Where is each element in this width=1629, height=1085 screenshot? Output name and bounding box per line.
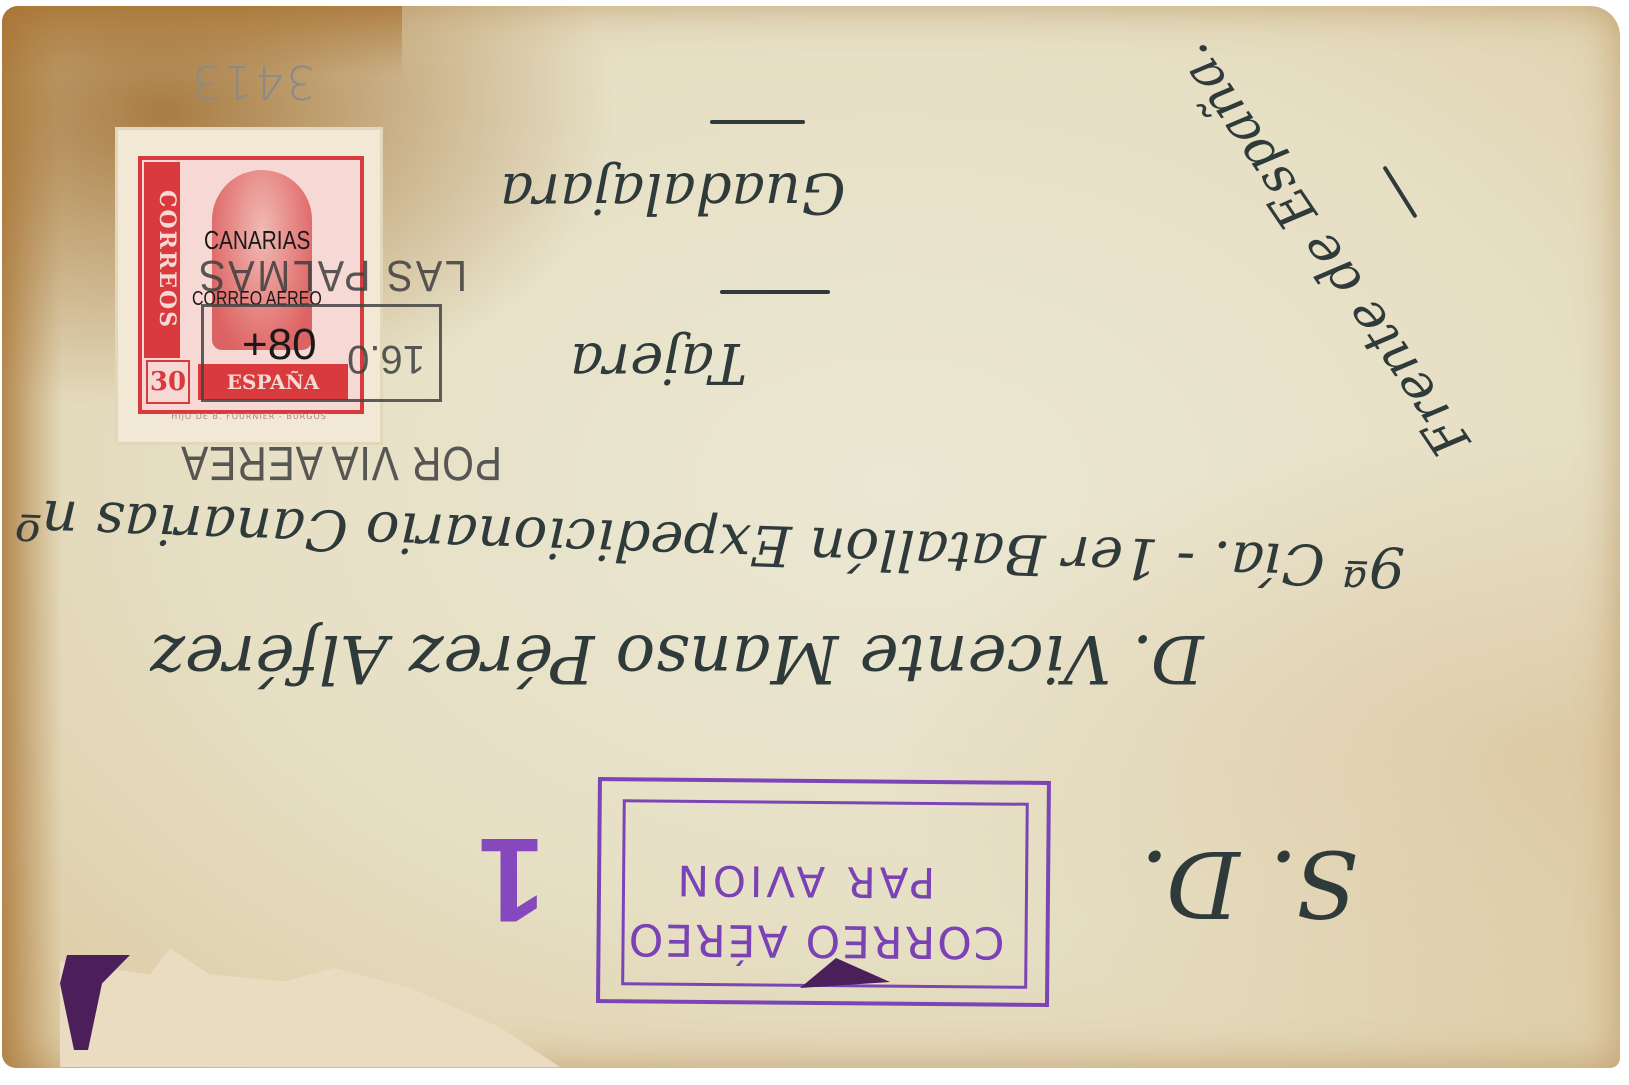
handwriting-dash	[720, 290, 830, 294]
handwriting-line-4: Tajera	[570, 330, 747, 395]
postmark-slogan: POR VIA AEREA	[180, 435, 502, 490]
handwriting-dash	[710, 120, 805, 124]
cachet-mark: 1	[515, 815, 545, 945]
postmark-date-box: 16.0	[201, 304, 442, 402]
cachet-line-2: PAR AVION	[673, 856, 935, 907]
pencil-note: 3413	[190, 55, 315, 109]
handwriting-line-5: Guadalajara	[500, 160, 846, 225]
handwriting-line-1: S. D.	[1140, 830, 1358, 937]
postmark: LAS PALMAS 16.0 POR VIA AEREA	[112, 250, 512, 490]
postmark-city: LAS PALMAS	[196, 250, 467, 300]
handwriting-line-2: D. Vicente Manso Pérez Alférez	[150, 620, 1204, 697]
cachet-line-1: CORREO AÉREO	[627, 913, 1005, 967]
cachet-inner-frame: CORREO AÉREO PAR AVION	[621, 799, 1029, 989]
postmark-date: 16.0	[347, 336, 425, 381]
